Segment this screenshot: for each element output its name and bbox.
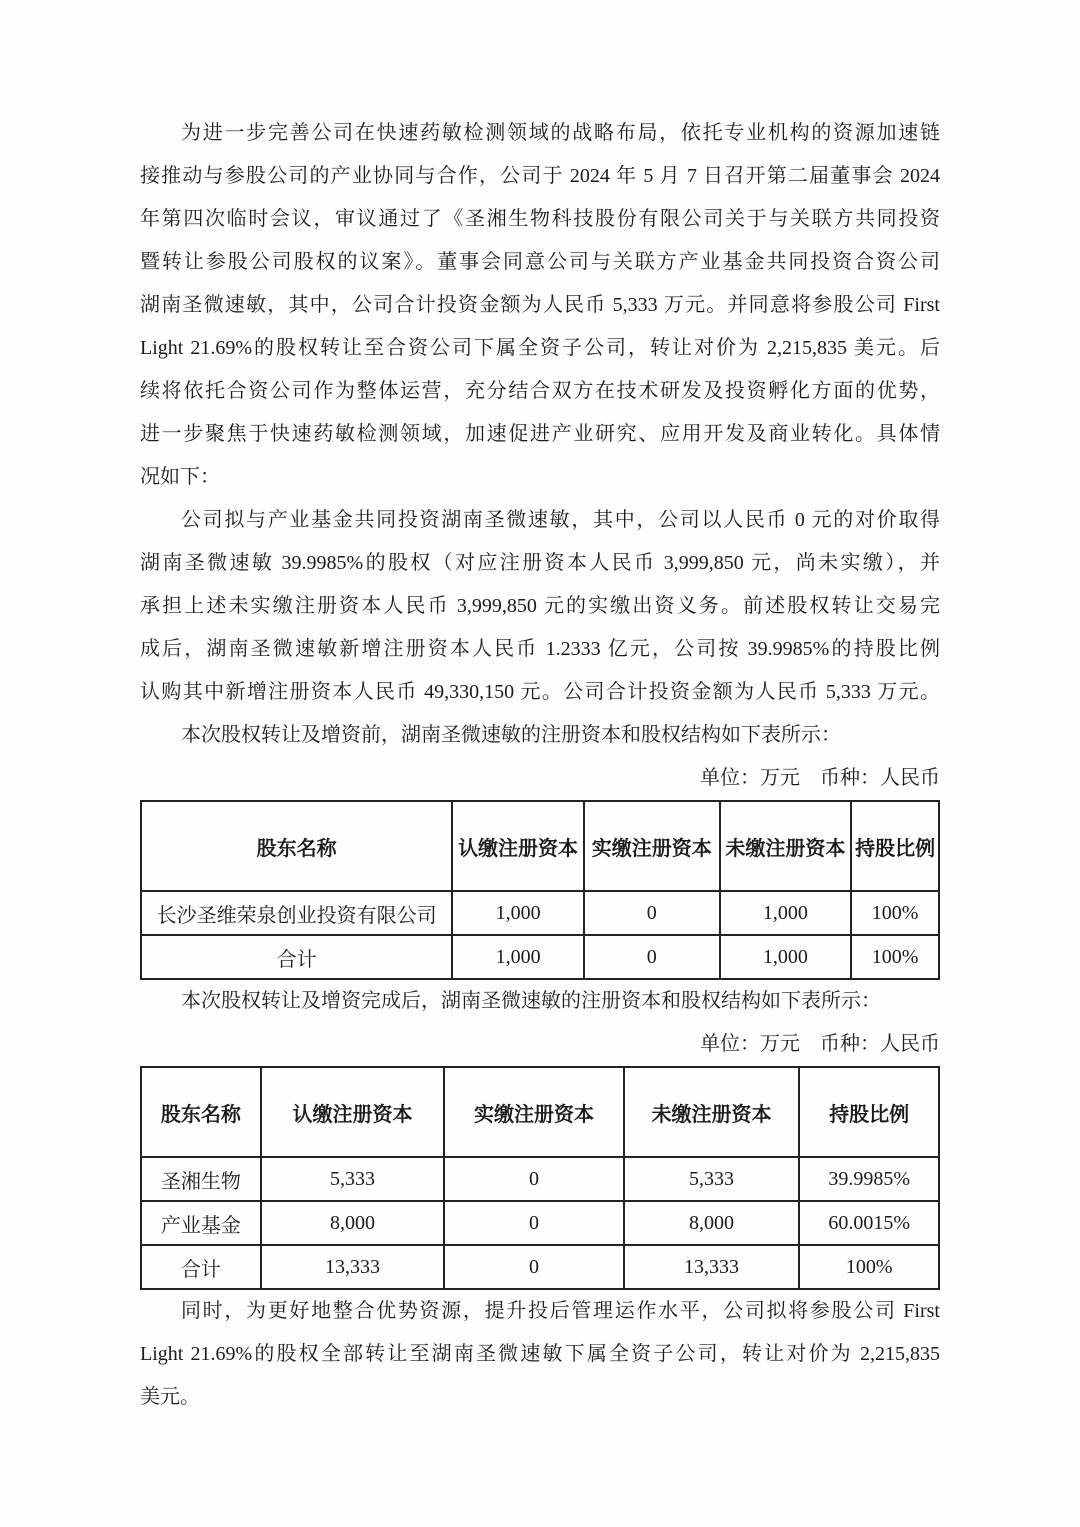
table-cell: 5,333 xyxy=(261,1157,445,1201)
column-header-ratio: 持股比例 xyxy=(799,1067,939,1157)
text-line: 美元。 xyxy=(140,1376,940,1419)
table-cell: 0 xyxy=(444,1245,624,1289)
text-line: 同时，为更好地整合优势资源，提升投后管理运作水平，公司拟将参股公司 First xyxy=(140,1290,940,1333)
document-content: 为进一步完善公司在快速药敏检测领域的战略布局，依托专业机构的资源加速链 接推动与… xyxy=(140,112,940,1419)
text-line: 进一步聚焦于快速药敏检测领域，加速促进产业研究、应用开发及商业转化。具体情 xyxy=(140,413,940,456)
paragraph-closing: 同时，为更好地整合优势资源，提升投后管理运作水平，公司拟将参股公司 First … xyxy=(140,1290,940,1419)
table-cell: 1,000 xyxy=(452,891,584,935)
table-row: 长沙圣维荣泉创业投资有限公司 1,000 0 1,000 100% xyxy=(141,891,939,935)
text-line: 承担上述未实缴注册资本人民币 3,999,850 元的实缴出资义务。前述股权转让… xyxy=(140,585,940,628)
text-line: 况如下： xyxy=(140,456,940,499)
equity-table-before: 股东名称 认缴注册资本 实缴注册资本 未缴注册资本 持股比例 长沙圣维荣泉创业投… xyxy=(140,800,940,980)
text-line: 为进一步完善公司在快速药敏检测领域的战略布局，依托专业机构的资源加速链 xyxy=(140,112,940,155)
text-line: 公司拟与产业基金共同投资湖南圣微速敏，其中，公司以人民币 0 元的对价取得 xyxy=(140,499,940,542)
text-line: 续将依托合资公司作为整体运营，充分结合双方在技术研发及投资孵化方面的优势， xyxy=(140,370,940,413)
table-cell: 1,000 xyxy=(720,891,852,935)
unit-label-before: 单位：万元 币种：人民币 xyxy=(140,757,940,800)
text-line: Light 21.69%的股权转让至合资公司下属全资子公司，转让对价为 2,21… xyxy=(140,327,940,370)
table-cell: 0 xyxy=(584,891,720,935)
table-cell: 100% xyxy=(799,1245,939,1289)
unit-label-after: 单位：万元 币种：人民币 xyxy=(140,1023,940,1066)
table-cell: 合计 xyxy=(141,935,452,979)
table-cell: 1,000 xyxy=(720,935,852,979)
table-cell: 0 xyxy=(444,1201,624,1245)
table-cell: 13,333 xyxy=(624,1245,800,1289)
text-line: 湖南圣微速敏，其中，公司合计投资金额为人民币 5,333 万元。并同意将参股公司… xyxy=(140,284,940,327)
table-header-row: 股东名称 认缴注册资本 实缴注册资本 未缴注册资本 持股比例 xyxy=(141,801,939,891)
column-header-unpaid: 未缴注册资本 xyxy=(624,1067,800,1157)
column-header-ratio: 持股比例 xyxy=(851,801,939,891)
table-cell: 0 xyxy=(584,935,720,979)
paragraph-before-table-lead: 本次股权转让及增资前，湖南圣微速敏的注册资本和股权结构如下表所示： xyxy=(140,714,940,757)
paragraph-investment-detail: 公司拟与产业基金共同投资湖南圣微速敏，其中，公司以人民币 0 元的对价取得 湖南… xyxy=(140,499,940,714)
table-cell: 产业基金 xyxy=(141,1201,261,1245)
table-cell: 长沙圣维荣泉创业投资有限公司 xyxy=(141,891,452,935)
table-cell: 圣湘生物 xyxy=(141,1157,261,1201)
paragraph-intro: 为进一步完善公司在快速药敏检测领域的战略布局，依托专业机构的资源加速链 接推动与… xyxy=(140,112,940,499)
table-cell: 1,000 xyxy=(452,935,584,979)
table-row: 圣湘生物 5,333 0 5,333 39.9985% xyxy=(141,1157,939,1201)
text-line: 暨转让参股公司股权的议案》。董事会同意公司与关联方产业基金共同投资合资公司 xyxy=(140,241,940,284)
table-cell: 100% xyxy=(851,891,939,935)
text-line: 湖南圣微速敏 39.9985%的股权（对应注册资本人民币 3,999,850 元… xyxy=(140,542,940,585)
text-line: 接推动与参股公司的产业协同与合作，公司于 2024 年 5 月 7 日召开第二届… xyxy=(140,155,940,198)
column-header-shareholder: 股东名称 xyxy=(141,1067,261,1157)
table-cell: 8,000 xyxy=(624,1201,800,1245)
table-cell: 13,333 xyxy=(261,1245,445,1289)
table-row: 产业基金 8,000 0 8,000 60.0015% xyxy=(141,1201,939,1245)
column-header-subscribed: 认缴注册资本 xyxy=(261,1067,445,1157)
column-header-paidin: 实缴注册资本 xyxy=(444,1067,624,1157)
table-cell: 8,000 xyxy=(261,1201,445,1245)
text-line: 认购其中新增注册资本人民币 49,330,150 元。公司合计投资金额为人民币 … xyxy=(140,671,940,714)
text-line: Light 21.69%的股权全部转让至湖南圣微速敏下属全资子公司，转让对价为 … xyxy=(140,1333,940,1376)
column-header-shareholder: 股东名称 xyxy=(141,801,452,891)
table-cell: 合计 xyxy=(141,1245,261,1289)
table-header-row: 股东名称 认缴注册资本 实缴注册资本 未缴注册资本 持股比例 xyxy=(141,1067,939,1157)
text-line: 成后，湖南圣微速敏新增注册资本人民币 1.2333 亿元，公司按 39.9985… xyxy=(140,628,940,671)
column-header-unpaid: 未缴注册资本 xyxy=(720,801,852,891)
table-cell: 39.9985% xyxy=(799,1157,939,1201)
table-cell: 0 xyxy=(444,1157,624,1201)
equity-table-after: 股东名称 认缴注册资本 实缴注册资本 未缴注册资本 持股比例 圣湘生物 5,33… xyxy=(140,1066,940,1290)
column-header-paidin: 实缴注册资本 xyxy=(584,801,720,891)
document-page: 为进一步完善公司在快速药敏检测领域的战略布局，依托专业机构的资源加速链 接推动与… xyxy=(0,0,1080,1527)
paragraph-after-table-lead: 本次股权转让及增资完成后，湖南圣微速敏的注册资本和股权结构如下表所示： xyxy=(140,980,940,1023)
table-cell: 5,333 xyxy=(624,1157,800,1201)
table-cell: 60.0015% xyxy=(799,1201,939,1245)
column-header-subscribed: 认缴注册资本 xyxy=(452,801,584,891)
table-cell: 100% xyxy=(851,935,939,979)
table-row-total: 合计 1,000 0 1,000 100% xyxy=(141,935,939,979)
table-row-total: 合计 13,333 0 13,333 100% xyxy=(141,1245,939,1289)
text-line: 年第四次临时会议，审议通过了《圣湘生物科技股份有限公司关于与关联方共同投资 xyxy=(140,198,940,241)
